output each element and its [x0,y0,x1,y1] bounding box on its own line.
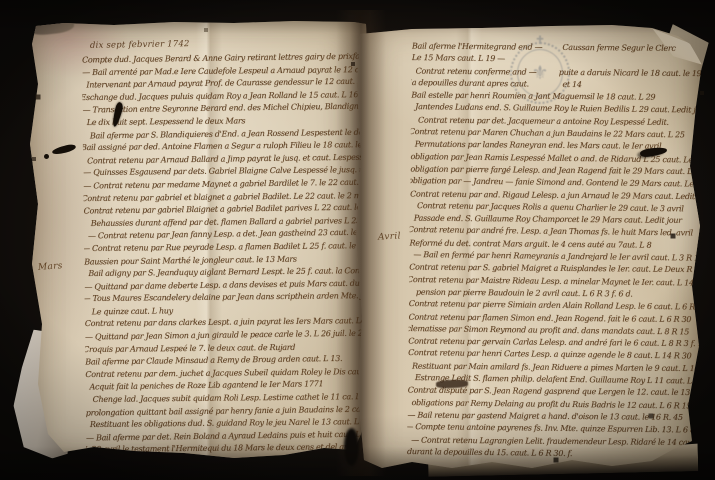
ink-blot [52,143,77,156]
manuscript-line: — Contrat retenu Lagrangien Lelit. fraud… [411,434,703,449]
manuscript-line: pension par pierre Baudouin le 2 avril c… [416,287,705,302]
manuscript-line: obligation par pierre fargé Lelesp. and … [410,163,706,178]
left-page: dix sept febvrier 1742 Mars Compte dud. … [24,14,370,466]
right-page: ✚ ⚜ Avril Bail aferme l'Hermitegrand end… [352,16,712,478]
manuscript-line: Reformé du det. contrat Mars arguit. le … [409,237,705,252]
manuscript-line: — Bail retenu par gastend Maigret a hand… [407,409,703,424]
right-page-lines: Bail aferme l'Hermitegrand end — Caussan… [407,40,708,470]
manuscript-line: Bail aferme l'Hermitegrand end — Caussan… [412,41,708,56]
gutter-shadow-notch [344,428,359,466]
manuscript-photo: dix sept febvrier 1742 Mars Compte dud. … [0,0,715,480]
manuscript-line: Contrat retenu par flamen Simon end. Jea… [409,311,705,326]
manuscript-line: Contrat retenu par and. Rigaud Lelesp. a… [410,188,706,203]
left-page-lines: Compte dud. Jacques Berard & Anne Gairy … [82,51,374,466]
corner-stain [27,16,74,37]
ink-blot [44,154,49,159]
margin-note-mars: Mars [38,261,63,273]
ink-specks [0,0,2,2]
margin-note-avril: Avril [378,231,401,242]
manuscript-line: Contrat retenu conferme and — puite a da… [416,65,708,80]
left-page-heading: dix sept febvrier 1742 [90,39,190,51]
manuscript-line: Restituant par Main amilard fs. Jean Rid… [412,360,704,375]
manuscript-line: Contrat retenu par det. Jacquemeur a ant… [418,114,707,129]
